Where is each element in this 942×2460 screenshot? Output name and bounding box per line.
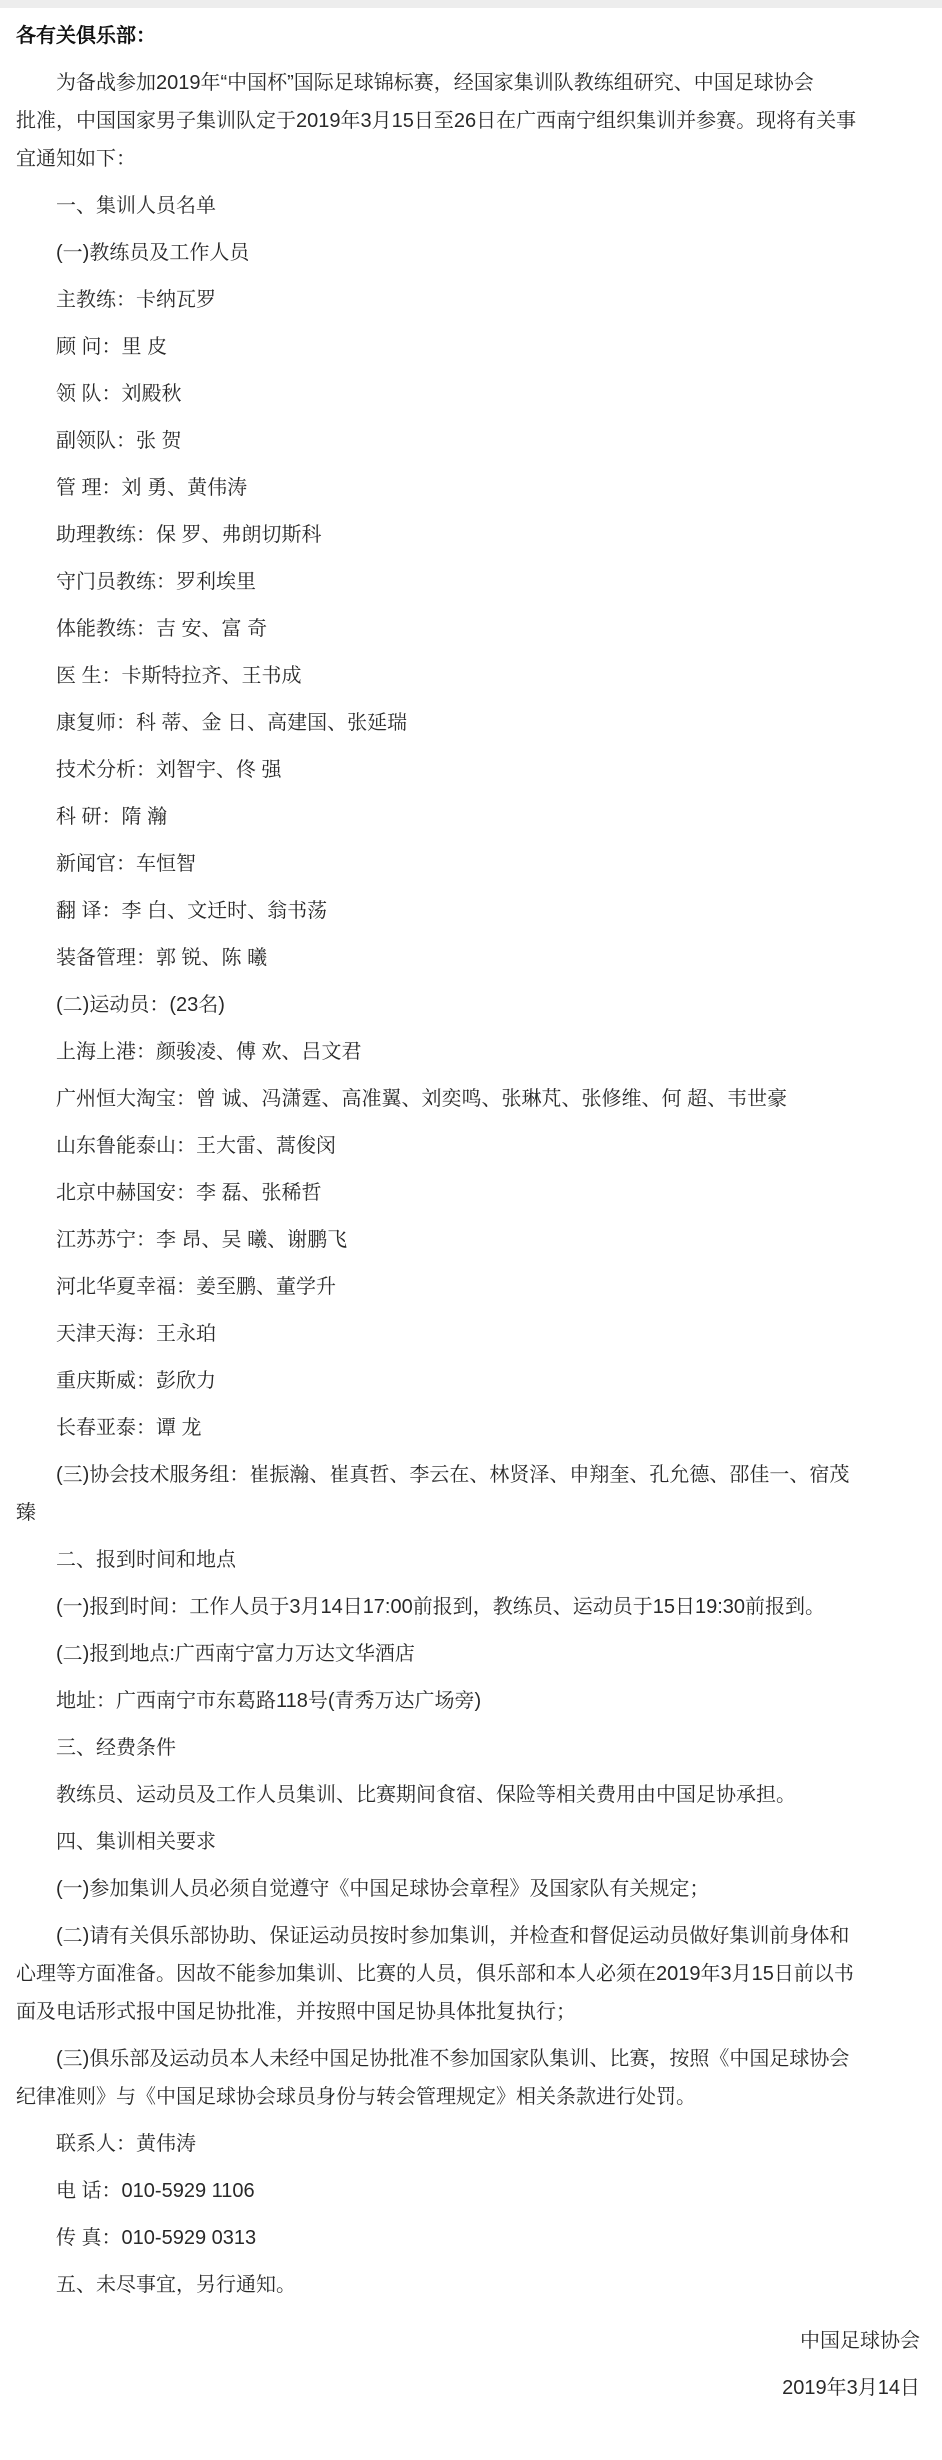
paragraph: (二)运动员：(23名) xyxy=(16,986,920,1024)
paragraph: (三)协会技术服务组：崔振瀚、崔真哲、李云在、林贤泽、申翔奎、孔允德、邵佳一、宿… xyxy=(16,1456,920,1532)
paragraph: 二、报到时间和地点 xyxy=(16,1541,920,1579)
paragraph: 装备管理：郭 锐、陈 曦 xyxy=(16,939,920,977)
top-border-band xyxy=(0,0,942,8)
paragraph: 为备战参加2019年“中国杯”国际足球锦标赛，经国家集训队教练组研究、中国足球协… xyxy=(16,64,920,178)
paragraph: 三、经费条件 xyxy=(16,1729,920,1767)
paragraph: 山东鲁能泰山：王大雷、蒿俊闵 xyxy=(16,1127,920,1165)
notice-document: 各有关俱乐部： 为备战参加2019年“中国杯”国际足球锦标赛，经国家集训队教练组… xyxy=(0,0,942,2460)
signature-org: 中国足球协会 xyxy=(16,2322,920,2360)
paragraph: 管 理：刘 勇、黄伟涛 xyxy=(16,469,920,507)
paragraph: (一)参加集训人员必须自觉遵守《中国足球协会章程》及国家队有关规定； xyxy=(16,1870,920,1908)
paragraph: (二)报到地点:广西南宁富力万达文华酒店 xyxy=(16,1635,920,1673)
paragraph: 天津天海：王永珀 xyxy=(16,1315,920,1353)
paragraph: 北京中赫国安：李 磊、张稀哲 xyxy=(16,1174,920,1212)
paragraph: 联系人：黄伟涛 xyxy=(16,2125,920,2163)
paragraph: 体能教练：吉 安、富 奇 xyxy=(16,610,920,648)
paragraph: 一、集训人员名单 xyxy=(16,187,920,225)
paragraph: 河北华夏幸福：姜至鹏、董学升 xyxy=(16,1268,920,1306)
paragraph: 传 真：010-5929 0313 xyxy=(16,2219,920,2257)
paragraph: 广州恒大淘宝：曾 诚、冯潇霆、高准翼、刘奕鸣、张琳芃、张修维、何 超、韦世豪 xyxy=(16,1080,920,1118)
paragraph: 教练员、运动员及工作人员集训、比赛期间食宿、保险等相关费用由中国足协承担。 xyxy=(16,1776,920,1814)
paragraph: (三)俱乐部及运动员本人未经中国足协批准不参加国家队集训、比赛，按照《中国足球协… xyxy=(16,2040,920,2116)
paragraph: 副领队：张 贺 xyxy=(16,422,920,460)
paragraph: 领 队：刘殿秋 xyxy=(16,375,920,413)
paragraph: 科 研：隋 瀚 xyxy=(16,798,920,836)
paragraph: 医 生：卡斯特拉齐、王书成 xyxy=(16,657,920,695)
paragraph: 主教练：卡纳瓦罗 xyxy=(16,281,920,319)
paragraph: 顾 问：里 皮 xyxy=(16,328,920,366)
paragraph: (二)请有关俱乐部协助、保证运动员按时参加集训，并检查和督促运动员做好集训前身体… xyxy=(16,1917,920,2031)
paragraph: 守门员教练：罗利埃里 xyxy=(16,563,920,601)
paragraph: 江苏苏宁：李 昂、吴 曦、谢鹏飞 xyxy=(16,1221,920,1259)
paragraph: 长春亚泰：谭 龙 xyxy=(16,1409,920,1447)
paragraph: 地址：广西南宁市东葛路118号(青秀万达广场旁) xyxy=(16,1682,920,1720)
paragraph: 助理教练：保 罗、弗朗切斯科 xyxy=(16,516,920,554)
paragraph: 五、未尽事宜，另行通知。 xyxy=(16,2266,920,2304)
paragraph: 新闻官：车恒智 xyxy=(16,845,920,883)
paragraph: 技术分析：刘智宇、佟 强 xyxy=(16,751,920,789)
paragraph: 康复师：科 蒂、金 日、高建国、张延瑞 xyxy=(16,704,920,742)
paragraph: 上海上港：颜骏凌、傅 欢、吕文君 xyxy=(16,1033,920,1071)
paragraph: (一)教练员及工作人员 xyxy=(16,234,920,272)
paragraph: 电 话：010-5929 1106 xyxy=(16,2172,920,2210)
signature-date: 2019年3月14日 xyxy=(16,2369,920,2407)
paragraph: 四、集训相关要求 xyxy=(16,1823,920,1861)
document-body: 为备战参加2019年“中国杯”国际足球锦标赛，经国家集训队教练组研究、中国足球协… xyxy=(16,64,920,2304)
paragraph: 重庆斯威：彭欣力 xyxy=(16,1362,920,1400)
paragraph: 翻 译：李 白、文迁时、翁书荡 xyxy=(16,892,920,930)
paragraph: (一)报到时间：工作人员于3月14日17:00前报到，教练员、运动员于15日19… xyxy=(16,1588,920,1626)
salutation: 各有关俱乐部： xyxy=(16,17,920,55)
